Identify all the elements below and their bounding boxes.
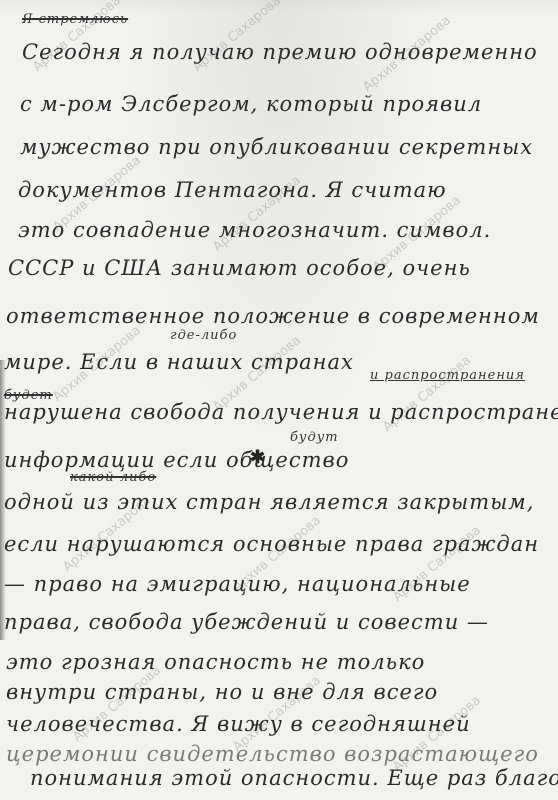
text-line: если нарушаются основные права граждан <box>4 532 539 556</box>
insertion-budut: будут <box>290 430 339 445</box>
text-line: это совпадение многозначит. символ. <box>18 218 491 242</box>
text-line: права, свобода убеждений и совести — <box>4 610 489 634</box>
text-line: СССР и США занимают особое, очень <box>8 256 471 280</box>
text-line: понимания этой опасности. Еще раз благод… <box>30 766 558 790</box>
text-line: мужество при опубликовании секретных <box>20 135 533 159</box>
insertion-rasprostraneniya: и распространения <box>370 368 525 383</box>
text-line: внутри страны, но и вне для всего <box>6 680 438 704</box>
text-line: с м-ром Элсбергом, который проявил <box>20 92 482 116</box>
header-strikeout: Я стремлюсь <box>22 12 128 27</box>
text-line: Сегодня я получаю премию одновременно <box>22 40 538 64</box>
text-line: человечества. Я вижу в сегодняшней <box>6 712 471 736</box>
text-line: — право на эмиграцию, национальные <box>4 572 471 596</box>
manuscript-page: Архив Сахарова Архив Сахарова Архив Саха… <box>0 0 558 800</box>
insertion-gde-libo: где-либо <box>170 328 237 343</box>
text-line: церемонии свидетельство возрастающего <box>6 742 539 766</box>
text-line: мире. Если в наших странах <box>4 350 354 374</box>
text-line: документов Пентагона. Я считаю <box>18 178 447 202</box>
text-line: это грозная опасность не только <box>6 650 425 674</box>
text-line: ответственное положение в современном <box>6 304 540 328</box>
text-line: одной из этих стран является закрытым, <box>4 490 534 514</box>
text-line: информации если общество <box>4 448 349 472</box>
text-line: нарушена свобода получения и распростран… <box>4 400 558 424</box>
insertion-kakoi-libo: какой-либо <box>70 470 156 485</box>
